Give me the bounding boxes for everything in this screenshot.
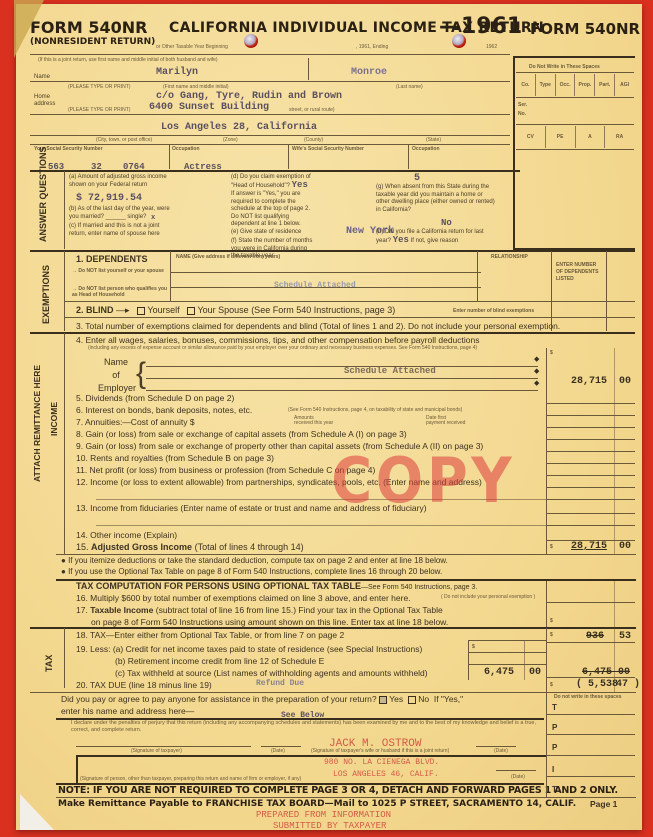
first-name-field[interactable]: Marilyn xyxy=(156,67,198,78)
date-label-2: (Date) xyxy=(494,748,508,754)
line4-label: 4. Enter all wages, salaries, bonuses, c… xyxy=(76,335,480,345)
divider xyxy=(547,525,635,526)
question-g-value[interactable]: No xyxy=(441,218,452,228)
blind-row: 2. BLIND —▸ Yourself Your Spouse (See Fo… xyxy=(76,305,395,316)
wife-ssn-label: Wife's Social Security Number xyxy=(292,146,364,152)
divider xyxy=(547,487,635,488)
pin-hole-icon xyxy=(452,34,466,48)
remittance-text: Make Remittance Payable to FRANCHISE TAX… xyxy=(58,799,576,809)
divider xyxy=(614,581,615,627)
answer-questions-label: ANSWER QUESTIONS xyxy=(38,172,48,242)
date-label-3: (Date) xyxy=(511,774,525,780)
line15-amount[interactable]: 28,715 xyxy=(571,541,607,552)
divider xyxy=(547,677,635,678)
taxable-year-mid: , 1961, Ending xyxy=(356,44,388,50)
divider xyxy=(146,390,538,391)
line20-typed[interactable]: Refund Due xyxy=(256,679,304,688)
state-label: (State) xyxy=(426,137,441,143)
divider xyxy=(64,333,65,555)
street-label: street, or rural route) xyxy=(289,107,335,113)
line19a-label: 19. Less: (a) Credit for net income taxe… xyxy=(76,644,422,654)
divider xyxy=(516,97,634,98)
line18-cents[interactable]: 53 xyxy=(619,631,631,642)
blind-yourself-checkbox[interactable] xyxy=(137,307,145,315)
divider xyxy=(477,251,478,301)
divider xyxy=(30,144,510,145)
divider xyxy=(30,170,520,172)
divider xyxy=(547,451,635,452)
question-b: (b) As of the last day of the year, were… xyxy=(69,206,173,221)
line7-date: Date first payment received xyxy=(426,416,466,426)
question-a: (a) Amount of adjusted gross income show… xyxy=(69,174,173,189)
tax-computation-heading: TAX COMPUTATION FOR PERSONS USING OPTION… xyxy=(76,581,477,591)
dollar-sign: $ xyxy=(472,644,475,650)
line4-cents[interactable]: 00 xyxy=(619,376,631,387)
divider xyxy=(516,149,634,150)
question-b-value[interactable]: x xyxy=(151,214,155,222)
line16-note: ( Do not include your personal exemption… xyxy=(441,594,535,600)
divider xyxy=(468,664,546,665)
question-h-value[interactable]: Yes xyxy=(393,235,409,245)
address-label: Home address xyxy=(34,94,64,108)
line18-label: 18. TAX—Enter either from Optional Tax T… xyxy=(76,630,344,640)
bullet-itemize: ● If you itemize deductions or take the … xyxy=(61,556,448,565)
divider xyxy=(551,251,552,331)
divider xyxy=(64,171,65,249)
joint-note: (If this is a joint return, use first na… xyxy=(38,57,218,63)
question-a-value[interactable]: $ 72,919.54 xyxy=(76,193,142,204)
divider xyxy=(308,58,309,80)
divider xyxy=(547,755,635,756)
divider xyxy=(546,628,547,692)
office-letter: P xyxy=(552,723,557,732)
line19c-amount[interactable]: 6,475 xyxy=(484,667,514,678)
page-number: Page 1 xyxy=(590,799,617,809)
divider xyxy=(547,734,635,735)
divider xyxy=(546,581,547,627)
divider xyxy=(169,145,170,169)
attach-remittance-label: ATTACH REMITTANCE HERE xyxy=(32,365,42,482)
folded-corner xyxy=(14,0,44,58)
divider xyxy=(547,415,635,416)
divider xyxy=(547,513,635,514)
divider xyxy=(170,251,171,301)
line3-label: 3. Total number of exemptions claimed fo… xyxy=(76,321,560,331)
question-h: (h) Did you file a California return for… xyxy=(376,229,496,245)
divider xyxy=(30,114,510,115)
divider xyxy=(547,602,635,603)
taxable-year-label: or Other Taxable Year Beginning xyxy=(156,44,228,50)
name-label: Name xyxy=(34,74,50,80)
assist-no-checkbox[interactable] xyxy=(408,696,416,704)
sig-taxpayer-label: (Signature of taxpayer) xyxy=(131,748,182,754)
divider xyxy=(547,427,635,428)
line10-label: 10. Rents and royalties (from Schedule B… xyxy=(76,453,274,463)
office-letter: P xyxy=(552,743,557,752)
last-name-label: (Last name) xyxy=(396,84,423,90)
divider xyxy=(468,640,469,680)
preparer-stamp-addr2: LOS ANGELES 46, CALIF. xyxy=(333,770,439,779)
question-d-note: If answer is "Yes," you are required to … xyxy=(231,191,317,229)
bottom-stamp-2: SUBMITTED BY TAXPAYER xyxy=(273,821,386,831)
form-id-left: FORM 540NR xyxy=(30,18,147,37)
line19b-label: (b) Retirement income credit from line 1… xyxy=(115,656,324,666)
folded-corner-bottom xyxy=(20,794,54,830)
divider xyxy=(171,272,481,273)
dollar-sign: $ xyxy=(550,632,553,638)
employer-field[interactable]: Schedule Attached xyxy=(344,366,436,376)
divider xyxy=(547,463,635,464)
blind-enter-label: Enter number of blind exemptions xyxy=(453,308,534,314)
bullet-optional: ● If you use the Optional Tax Table on p… xyxy=(61,567,442,576)
date-label-1: (Date) xyxy=(271,748,285,754)
dependents-note1: → Do NOT list yourself or your spouse xyxy=(72,268,172,274)
date-line[interactable] xyxy=(261,746,301,747)
taxable-year-end: 1962 xyxy=(486,44,497,50)
line4-note: (including any excess of expense account… xyxy=(88,345,477,351)
preparer-stamp-name: JACK M. OSTROW xyxy=(329,738,421,750)
divider xyxy=(65,317,635,318)
form-id-right: FORM 540NR xyxy=(530,20,640,38)
print-label-2: (PLEASE TYPE OR PRINT) xyxy=(68,107,130,113)
divider xyxy=(547,714,635,715)
question-g: (g) When absent from this State during t… xyxy=(376,184,496,214)
dollar-sign: $ xyxy=(550,350,553,356)
divider xyxy=(30,54,510,55)
line6-ref: (See Form 540 Instructions, page 4, on t… xyxy=(288,407,462,413)
assistance-question-2: enter his name and address here— xyxy=(61,706,194,716)
declaration-text: I declare under the penalties of perjury… xyxy=(71,720,541,734)
signature-line[interactable] xyxy=(76,746,251,747)
divider xyxy=(524,640,525,680)
line15-cents[interactable]: 00 xyxy=(619,541,631,552)
form-year: —1961 xyxy=(439,14,522,39)
divider xyxy=(468,652,546,653)
divider xyxy=(547,642,635,643)
bottom-stamp-1: PREPARED FROM INFORMATION xyxy=(256,810,391,820)
sig-preparer-label: (Signature of person, other than taxpaye… xyxy=(80,776,301,782)
diamond-markers: ◆◆◆ xyxy=(534,354,539,390)
office-box-title: Do Not Write in These Spaces xyxy=(529,64,600,70)
divider xyxy=(547,776,635,777)
ser-label: Ser. xyxy=(518,102,527,108)
office-letter: T xyxy=(552,703,557,712)
divider xyxy=(76,755,546,757)
office-cols-2: CV PE A RA xyxy=(516,126,634,148)
question-d-value[interactable]: Yes xyxy=(292,180,308,190)
divider xyxy=(96,525,546,526)
line17-label: 17. Taxable Income (subtract total of li… xyxy=(76,605,443,615)
divider xyxy=(146,378,538,379)
line7-label: 7. Annuities:—Cost of annuity $ xyxy=(76,417,195,427)
brace-icon: { xyxy=(136,356,146,392)
divider xyxy=(468,640,546,641)
tax-section-label: TAX xyxy=(44,655,54,672)
line20-cents[interactable]: 47 ) xyxy=(616,679,640,690)
divider xyxy=(30,81,510,82)
line5-label: 5. Dividends (from Schedule D on page 2) xyxy=(76,393,234,403)
question-f-value[interactable]: 5 xyxy=(414,173,420,184)
divider xyxy=(516,72,634,73)
note-detach: NOTE: IF YOU ARE NOT REQUIRED TO COMPLET… xyxy=(58,785,618,796)
divider xyxy=(516,124,634,125)
divider xyxy=(546,693,547,797)
print-label: (PLEASE TYPE OR PRINT) xyxy=(68,84,130,90)
county-label: (County) xyxy=(304,137,323,143)
divider xyxy=(146,366,538,367)
date-line[interactable] xyxy=(496,770,536,771)
question-c: (c) If married and this is not a joint r… xyxy=(69,223,173,238)
line17-cont: on page 8 of Form 540 Instructions using… xyxy=(91,617,448,627)
wife-occupation-label: Occupation xyxy=(412,146,440,152)
preparer-stamp-addr1: 980 NO. LA CIENEGA BLVD. xyxy=(324,758,439,767)
occupation-label: Occupation xyxy=(172,146,200,152)
address-line1-field[interactable]: c/o Gang, Tyre, Rudin and Brown xyxy=(156,91,342,102)
line16-label: 16. Multiply $600 by total number of exe… xyxy=(76,593,411,603)
divider xyxy=(30,332,635,334)
divider xyxy=(30,250,635,252)
line4-amount[interactable]: 28,715 xyxy=(571,376,607,387)
dollar-sign: $ xyxy=(550,618,553,624)
divider xyxy=(76,755,78,783)
divider xyxy=(171,287,481,288)
question-e: (e) Give state of residence xyxy=(231,229,301,235)
line18-amount[interactable]: 936 xyxy=(586,631,604,642)
office-cols: Co. Type Occ. Prop. Part. AGI xyxy=(516,74,634,96)
form-subtitle: (NONRESIDENT RETURN) xyxy=(30,37,155,47)
employer-label: Name of Employer xyxy=(98,356,134,395)
divider xyxy=(606,251,607,331)
dependents-name-col: NAME (Give address if different from you… xyxy=(176,254,280,260)
dependents-value[interactable]: Schedule Attached xyxy=(274,281,356,290)
pin-hole-icon xyxy=(244,34,258,48)
divider xyxy=(30,135,510,136)
dollar-sign: $ xyxy=(550,682,553,688)
divider xyxy=(56,554,636,555)
city-label: (City, town, or post office) xyxy=(96,137,152,143)
divider xyxy=(56,797,636,798)
enter-number-label: ENTER NUMBER OF DEPENDENTS LISTED xyxy=(556,262,600,283)
city-field[interactable]: Los Angeles 28, California xyxy=(161,122,317,133)
line15-label: 15. Adjusted Gross Income (Total of line… xyxy=(76,542,304,552)
no-label: No. xyxy=(518,111,526,117)
divider xyxy=(64,251,65,331)
question-d: (d) Do you claim exemption of "Head of H… xyxy=(231,174,317,190)
divider xyxy=(547,439,635,440)
dollar-sign: $ xyxy=(550,544,553,550)
assist-yes-checkbox[interactable] xyxy=(379,696,387,704)
divider xyxy=(65,301,635,302)
line20-amount[interactable]: ( 5,538 xyxy=(576,679,618,690)
blind-spouse-checkbox[interactable] xyxy=(187,307,195,315)
office-letter: T xyxy=(552,785,557,794)
divider xyxy=(288,145,289,169)
divider xyxy=(408,145,409,169)
office-box-footer-title: Do not write in these spaces xyxy=(554,694,622,700)
divider xyxy=(64,628,65,688)
income-label: INCOME xyxy=(49,402,59,436)
line19c-label: (c) Tax withheld at source (List names o… xyxy=(115,668,428,678)
first-name-label: (First name and middle initial) xyxy=(163,84,229,90)
line20-label: 20. TAX DUE (line 18 minus line 19) xyxy=(76,680,212,690)
line19c-cents[interactable]: 00 xyxy=(529,667,541,678)
last-name-field[interactable]: Monroe xyxy=(351,67,387,78)
assistance-question: Did you pay or agree to pay anyone for a… xyxy=(61,694,463,704)
copy-stamp: COPY xyxy=(331,444,515,517)
divider xyxy=(547,475,635,476)
exemptions-label: EXEMPTIONS xyxy=(41,265,51,324)
line8-label: 8. Gain (or loss) from sale or exchange … xyxy=(76,429,407,439)
relationship-col: RELATIONSHIP xyxy=(491,254,528,260)
line14-label: 14. Other income (Explain) xyxy=(76,530,177,540)
office-letter: I xyxy=(552,765,554,774)
divider xyxy=(547,499,635,500)
dependents-note2: → Do NOT list person who qualifies you a… xyxy=(72,286,172,298)
dependents-label: 1. DEPENDENTS xyxy=(76,254,148,264)
divider xyxy=(513,56,635,58)
date-line[interactable] xyxy=(476,746,516,747)
divider xyxy=(547,403,635,404)
address-line2-field[interactable]: 6400 Sunset Building xyxy=(149,102,269,113)
zone-label: (Zone) xyxy=(223,137,238,143)
divider xyxy=(513,56,515,248)
tax-form-page: FORM 540NR (NONRESIDENT RETURN) CALIFORN… xyxy=(16,4,642,830)
line7-received: Amounts received this year xyxy=(294,416,334,426)
line6-label: 6. Interest on bonds, bank deposits, not… xyxy=(76,405,252,415)
